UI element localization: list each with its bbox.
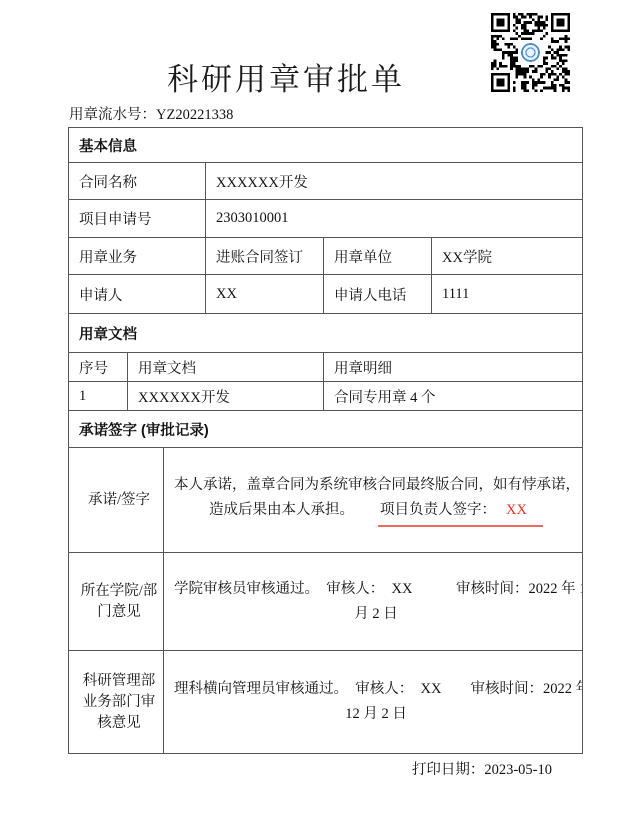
section-seal-documents: 用章文档: [69, 314, 583, 353]
row-project-no: 项目申请号 2303010001: [69, 200, 583, 238]
applicant-value: XX: [206, 275, 324, 314]
row-commitment: 承诺/签字 本人承诺，盖章合同为系统审核合同最终版合同，如有悖承诺， 造成后果由…: [69, 448, 583, 553]
applicant-phone-label: 申请人电话: [324, 275, 432, 314]
seal-documents-section-title: 用章文档: [69, 314, 583, 353]
approval-section-title: 承诺签字 (审批记录): [69, 411, 583, 448]
doc-row-detail: 合同专用章 4 个: [324, 382, 583, 411]
serial-number-label: 用章流水号：: [69, 107, 156, 123]
college-opinion-line2: 月 2 日: [174, 602, 578, 627]
doc-row-no: 1: [69, 382, 128, 411]
research-dept-line2: 12 月 2 日: [174, 702, 578, 727]
commitment-line2-text: 造成后果由本人承担。: [209, 502, 354, 518]
commitment-content: 本人承诺，盖章合同为系统审核合同最终版合同，如有悖承诺， 造成后果由本人承担。项…: [164, 448, 583, 553]
contract-name-value: XXXXXX开发: [206, 163, 583, 200]
college-opinion-label: 所在学院/部 门意见: [69, 553, 164, 651]
approval-form-table: 基本信息 合同名称 XXXXXX开发 项目申请号 2303010001 用章业务…: [68, 127, 583, 754]
applicant-label: 申请人: [69, 275, 206, 314]
research-dept-label-line3: 核意见: [79, 713, 159, 734]
seal-unit-value: XX学院: [432, 238, 583, 275]
signature-label: 项目负责人签字：: [380, 502, 496, 518]
contract-name-label: 合同名称: [69, 163, 206, 200]
college-opinion-content: 学院审核员审核通过。 审核人： XX 审核时间：2022 年 12 月 2 日: [164, 553, 583, 651]
serial-number-line: 用章流水号：YZ20221338: [69, 103, 233, 124]
commitment-label: 承诺/签字: [69, 448, 164, 553]
basic-info-section-title: 基本信息: [69, 128, 583, 163]
row-contract-name: 合同名称 XXXXXX开发: [69, 163, 583, 200]
doc-row-name: XXXXXX开发: [128, 382, 324, 411]
research-dept-line1: 理科横向管理员审核通过。 审核人： XX 审核时间：2022 年: [174, 677, 578, 702]
seal-documents-header-row: 序号 用章文档 用章明细: [69, 353, 583, 382]
project-no-value: 2303010001: [206, 200, 583, 238]
row-applicant: 申请人 XX 申请人电话 1111: [69, 275, 583, 314]
research-dept-label-line2: 业务部门审: [79, 692, 159, 713]
section-basic-info: 基本信息: [69, 128, 583, 163]
serial-number-value: YZ20221338: [156, 107, 233, 123]
row-research-dept-opinion: 科研管理部 业务部门审 核意见 理科横向管理员审核通过。 审核人： XX 审核时…: [69, 651, 583, 754]
signature-underline: 项目负责人签字：XX: [378, 498, 543, 527]
project-no-label: 项目申请号: [69, 200, 206, 238]
college-label-line2: 门意见: [79, 602, 159, 623]
applicant-phone-value: 1111: [432, 275, 583, 314]
col-header-no: 序号: [69, 353, 128, 382]
research-dept-label: 科研管理部 业务部门审 核意见: [69, 651, 164, 754]
print-date-line: 打印日期：2023-05-10: [68, 758, 582, 779]
commitment-line1: 本人承诺，盖章合同为系统审核合同最终版合同，如有悖承诺，: [174, 473, 578, 498]
print-date: 打印日期：2023-05-10: [412, 762, 552, 778]
commitment-line2: 造成后果由本人承担。项目负责人签字：XX: [174, 498, 578, 527]
seal-document-row: 1 XXXXXX开发 合同专用章 4 个: [69, 382, 583, 411]
print-date-value: 2023-05-10: [484, 762, 552, 778]
research-dept-content: 理科横向管理员审核通过。 审核人： XX 审核时间：2022 年 12 月 2 …: [164, 651, 583, 754]
print-date-label: 打印日期：: [412, 762, 485, 778]
seal-business-label: 用章业务: [69, 238, 206, 275]
col-header-detail: 用章明细: [324, 353, 583, 382]
col-header-doc: 用章文档: [128, 353, 324, 382]
signature-value: XX: [506, 502, 527, 518]
page-title: 科研用章审批单: [0, 54, 572, 99]
row-seal-business: 用章业务 进账合同签订 用章单位 XX学院: [69, 238, 583, 275]
seal-unit-label: 用章单位: [324, 238, 432, 275]
college-label-line1: 所在学院/部: [79, 581, 159, 602]
college-opinion-line1: 学院审核员审核通过。 审核人： XX 审核时间：2022 年 12: [174, 577, 578, 602]
section-approval: 承诺签字 (审批记录): [69, 411, 583, 448]
research-dept-label-line1: 科研管理部: [79, 671, 159, 692]
seal-business-value: 进账合同签订: [206, 238, 324, 275]
approval-form-page: 科研用章审批单 用章流水号：YZ20221338 基本信息 合同名称 XXXXX…: [0, 0, 644, 815]
row-college-opinion: 所在学院/部 门意见 学院审核员审核通过。 审核人： XX 审核时间：2022 …: [69, 553, 583, 651]
